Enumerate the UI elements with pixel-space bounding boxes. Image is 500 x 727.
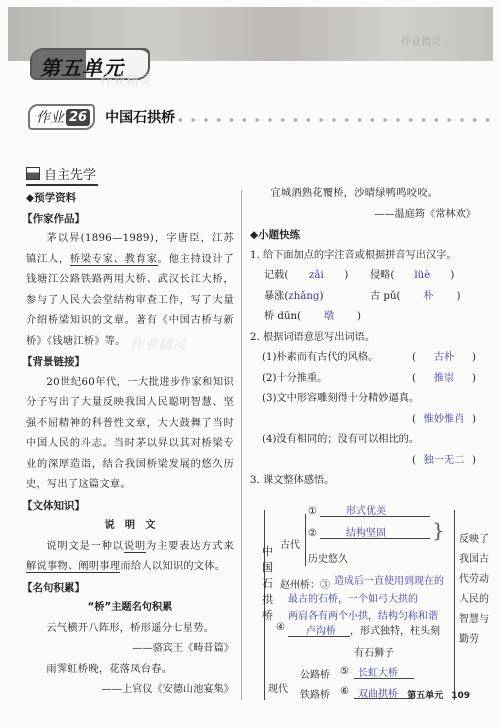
lesson-title: 中国石拱桥 [105,107,175,127]
preview-heading: ◆预学资料 [26,188,234,209]
answer: 古朴 [416,348,472,369]
answer: zhǎng [288,291,319,302]
zhaozhou-label: 赵州桥：③ [280,576,330,591]
footer-unit: 第五单元 [407,691,443,701]
q2-item: (2)十分推重。(推崇) [250,369,476,390]
banner-watermark: 作业精灵 [401,33,441,48]
column-divider [241,190,242,700]
q1-row: 记载(zǎi) 侵略(lüè) [250,266,476,287]
num: ⑤ [340,666,349,677]
answer: 造成后一直使用到现在的 [334,572,444,587]
q3-prompt: 3. 课文整体感悟。 [250,471,476,492]
lugou-text: 有石狮子 [354,644,394,659]
page-number: 109 [451,691,470,701]
author-heading: 【作家作品】 [22,209,234,230]
lesson-number: 26 [66,109,90,126]
answer: 朴 [400,287,456,308]
page-footer: 第五单元109 [407,688,470,701]
ancient-item-1: ① [308,506,317,517]
answer: 两肩各有两个小拱，结构匀称和谐 [288,607,438,622]
answer: 结构坚固 [346,524,386,539]
ancient-item-2: ② [308,528,317,539]
quote-line: 云气横开八阵形，桥形遥分七星势。 [26,619,234,640]
structure-diagram: 中国石拱桥 古代 ① 形式优美 ② 结构坚固 历史悠久 } 赵州桥：③ 造成后一… [258,510,483,705]
answer: 墩 [301,307,357,328]
genre-heading: 【文体知识】 [22,496,234,517]
answer-line [354,698,414,699]
quotes-title: “桥”主题名句积累 [26,598,234,619]
quotes-heading: 【名句积累】 [22,578,234,599]
page-watermark: 作业精灵 [130,334,186,354]
rail-bridge: 铁路桥 [300,686,330,701]
left-column: ◆预学资料 【作家作品】 茅以昇(1896—1989)，字唐臣，江苏镇江人，桥梁… [26,188,234,701]
answer: 卢沟桥 [306,622,336,637]
notebook-icon [26,167,40,180]
ancient-item-3: 历史悠久 [308,550,348,565]
answer: lüè [394,266,450,287]
conclusion: 反映了我国古代劳动人民的智慧与勤劳 [459,530,489,650]
background-heading: 【背景链接】 [22,352,234,373]
quote-line: 宜城酒熟花覆桥，沙晴绿鸭鸣咬咬。 [250,184,476,205]
lesson-header: 作业 26 中国石拱桥 [28,104,175,130]
answer: 形式优美 [346,502,386,517]
answer-line [288,636,350,637]
right-frame [454,510,455,700]
quote-source: ——温庭筠《常林欢》 [250,205,476,226]
q2-prompt: 2. 根据词语意思写出词语。 [250,328,476,349]
q1-row: 暴涨(zhǎng) 古 pǔ(朴) [250,287,476,308]
lesson-badge: 作业 26 [28,104,95,130]
q1-prompt: 1. 给下面加点的字注音或根据拼音写出汉字。 [250,246,476,267]
genre-title: 说 明 文 [26,516,234,537]
answer-line [354,678,414,679]
quote-source: ——上官仪《安德山池宴集》 [26,680,234,701]
background-paragraph: 20世纪60年代，一大批进步作家和知识分子写出了大量反映我国人民聪明智慧、坚强不… [26,373,234,496]
practice-heading: ◆小题快练 [250,225,476,246]
ancient-brace [305,514,306,566]
right-brace: } [432,518,445,542]
dotted-rule [174,118,490,122]
q1-row: 桥 dūn(墩) [250,307,476,328]
quote-line: 雨霁虹桥晚，花落凤台春。 [26,660,234,681]
answer: 最古的石桥，一个如弓大拱的 [288,590,418,605]
answer: 推崇 [416,369,472,390]
right-column: 宜城酒熟花覆桥，沙晴绿鸭鸣咬咬。 ——温庭筠《常林欢》 ◆小题快练 1. 给下面… [250,184,476,492]
lesson-prefix: 作业 [36,107,64,127]
section-heading: 自主先学 [26,164,98,186]
q2-answer: (惟妙惟肖) [250,410,476,431]
genre-paragraph: 说明文是一种以说明为主要表达方式来解说事物、阐明事理而给人以知识的文体。 [26,537,234,578]
q2-answer: (独一无二) [250,451,476,472]
answer: zǎi [288,266,344,287]
lugou-text: ，形式独特，柱头刻 [350,622,440,637]
root-label: 中国石拱桥 [262,544,276,624]
answer-line [320,538,430,539]
lugou-num: ④ [276,622,285,633]
road-bridge: 公路桥 [300,666,330,681]
answer: 长虹大桥 [358,664,398,679]
q2-item: (4)没有相同的；没有可以相比的。 [250,430,476,451]
answer-line [320,516,430,517]
unit-watermark: 作业精灵 [100,70,152,89]
num: ⑥ [340,686,349,697]
ancient-label: 古代 [280,536,300,551]
modern-label: 现代 [268,680,288,695]
section-title: 自主先学 [44,164,96,183]
q2-item: (3)文中形容雕刻得十分精妙逼真。 [250,389,476,410]
q2-item: (1)朴素而有古代的风格。(古朴) [250,348,476,369]
quote-source: ——骆宾王《畴昔篇》 [26,639,234,660]
